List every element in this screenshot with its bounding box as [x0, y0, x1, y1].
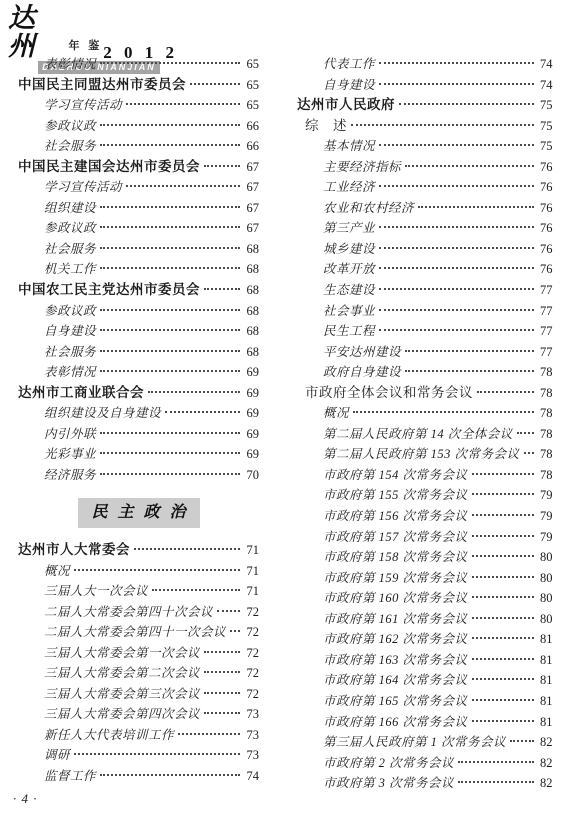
folio-page-number: · 4 · — [13, 791, 38, 807]
toc-entry-label: 三届人大一次会议 — [44, 581, 148, 602]
toc-entry-label: 光彩事业 — [44, 444, 96, 465]
toc-entry-label: 自身建设 — [323, 75, 375, 96]
toc-entry-page: 79 — [537, 506, 553, 527]
toc-entry-label: 学习宣传活动 — [44, 95, 122, 116]
toc-entry: 三届人大常委会第二次会议72 — [18, 663, 259, 684]
toc-entry-page: 76 — [537, 218, 553, 239]
toc-entry-label: 市政府第 154 次常务会议 — [323, 465, 468, 486]
dot-leader — [472, 514, 534, 516]
toc-entry: 市政府第 2 次常务会议82 — [297, 753, 553, 774]
toc-entry-label: 市政府第 156 次常务会议 — [323, 506, 468, 527]
dot-leader — [472, 555, 534, 557]
dot-leader — [100, 473, 240, 475]
toc-entry-page: 76 — [537, 177, 553, 198]
toc-entry: 农业和农村经济76 — [297, 198, 553, 219]
toc-entry: 三届人大常委会第一次会议72 — [18, 643, 259, 664]
part-heading: 民主政治 — [78, 498, 200, 528]
toc-entry-label: 概况 — [323, 403, 349, 424]
toc-entry: 政府自身建设78 — [297, 362, 553, 383]
dot-leader — [405, 350, 534, 352]
toc-entry-label: 市政府第 160 次常务会议 — [323, 588, 468, 609]
toc-entry: 市政府第 158 次常务会议80 — [297, 547, 553, 568]
toc-entry-label: 参政议政 — [44, 301, 96, 322]
toc-entry: 中国农工民主党达州市委员会68 — [18, 280, 259, 301]
toc-entry-page: 66 — [243, 136, 259, 157]
toc-entry-label: 监督工作 — [44, 766, 96, 787]
toc-entry-page: 80 — [537, 568, 553, 589]
dot-leader — [190, 83, 240, 85]
dot-leader — [165, 411, 240, 413]
toc-entry-label: 第二届人民政府第 153 次常务会议 — [323, 444, 520, 465]
toc-entry: 二届人大常委会第四十一次会议72 — [18, 622, 259, 643]
toc-entry-page: 68 — [243, 301, 259, 322]
toc-entry-label: 市政府第 3 次常务会议 — [323, 773, 454, 794]
toc-entry-page: 81 — [537, 629, 553, 650]
toc-entry-page: 75 — [537, 116, 553, 137]
toc-entry-label: 工业经济 — [323, 177, 375, 198]
dot-leader — [100, 452, 240, 454]
toc-entry-page: 81 — [537, 650, 553, 671]
toc-entry: 达州市工商业联合会69 — [18, 383, 259, 404]
toc-entry-label: 综 述 — [305, 116, 347, 137]
dot-leader — [100, 774, 240, 776]
toc-entry-label: 第二届人民政府第 14 次全体会议 — [323, 424, 513, 445]
toc-entry-page: 80 — [537, 547, 553, 568]
toc-entry: 监督工作74 — [18, 766, 259, 787]
toc-entry-page: 78 — [537, 444, 553, 465]
dot-leader — [379, 144, 534, 146]
toc-entry-page: 65 — [243, 95, 259, 116]
toc-entry-label: 中国民主建国会达州市委员会 — [18, 157, 200, 178]
toc-entry-page: 74 — [243, 766, 259, 787]
toc-entry: 代表工作74 — [297, 54, 553, 75]
dot-leader — [353, 411, 534, 413]
toc-entry: 第三届人民政府第 1 次常务会议82 — [297, 732, 553, 753]
toc-entry-page: 72 — [243, 663, 259, 684]
dot-leader — [178, 733, 240, 735]
toc-entry-label: 市政府第 163 次常务会议 — [323, 650, 468, 671]
toc-entry: 新任人大代表培训工作73 — [18, 725, 259, 746]
toc-entry-page: 71 — [243, 540, 259, 561]
toc-entry: 三届人大一次会议71 — [18, 581, 259, 602]
toc-columns: 表彰情况65中国民主同盟达州市委员会65学习宣传活动65参政议政66社会服务66… — [18, 54, 540, 794]
dot-leader — [472, 493, 534, 495]
toc-entry-page: 81 — [537, 691, 553, 712]
toc-entry-label: 中国农工民主党达州市委员会 — [18, 280, 200, 301]
toc-entry-page: 72 — [243, 643, 259, 664]
toc-entry-page: 76 — [537, 259, 553, 280]
toc-entry-page: 69 — [243, 424, 259, 445]
toc-entry-label: 三届人大常委会第二次会议 — [44, 663, 200, 684]
dot-leader — [134, 548, 240, 550]
dot-leader — [100, 144, 240, 146]
toc-entry-page: 71 — [243, 561, 259, 582]
toc-entry-page: 74 — [537, 54, 553, 75]
toc-entry-page: 73 — [243, 745, 259, 766]
toc-entry-page: 75 — [537, 136, 553, 157]
toc-entry-label: 市政府第 2 次常务会议 — [323, 753, 454, 774]
dot-leader — [379, 267, 534, 269]
dot-leader — [100, 432, 240, 434]
toc-entry: 市政府第 162 次常务会议81 — [297, 629, 553, 650]
dot-leader — [472, 637, 534, 639]
toc-entry-label: 生态建设 — [323, 280, 375, 301]
toc-entry: 社会服务68 — [18, 342, 259, 363]
toc-entry-label: 市政府第 161 次常务会议 — [323, 609, 468, 630]
toc-entry-label: 参政议政 — [44, 116, 96, 137]
dot-leader — [126, 185, 240, 187]
dot-leader — [379, 329, 534, 331]
toc-entry-label: 概况 — [44, 561, 70, 582]
dot-leader — [148, 391, 240, 393]
toc-entry: 市政府第 154 次常务会议78 — [297, 465, 553, 486]
toc-entry-page: 67 — [243, 198, 259, 219]
toc-entry-page: 82 — [537, 773, 553, 794]
toc-entry: 概况78 — [297, 403, 553, 424]
toc-entry: 市政府第 156 次常务会议79 — [297, 506, 553, 527]
toc-entry: 城乡建设76 — [297, 239, 553, 260]
toc-entry-label: 三届人大常委会第三次会议 — [44, 684, 200, 705]
toc-entry: 市政府第 166 次常务会议81 — [297, 712, 553, 733]
toc-entry: 工业经济76 — [297, 177, 553, 198]
dot-leader — [204, 165, 240, 167]
toc-entry-label: 表彰情况 — [44, 362, 96, 383]
toc-entry-label: 基本情况 — [323, 136, 375, 157]
toc-entry: 市政府第 160 次常务会议80 — [297, 588, 553, 609]
toc-entry: 参政议政66 — [18, 116, 259, 137]
toc-entry: 参政议政67 — [18, 218, 259, 239]
toc-entry: 生态建设77 — [297, 280, 553, 301]
toc-entry-page: 65 — [243, 54, 259, 75]
toc-entry: 光彩事业69 — [18, 444, 259, 465]
toc-entry: 平安达州建设77 — [297, 342, 553, 363]
toc-entry: 表彰情况65 — [18, 54, 259, 75]
toc-entry-page: 72 — [243, 622, 259, 643]
dot-leader — [379, 62, 534, 64]
toc-entry: 社会服务68 — [18, 239, 259, 260]
toc-entry-label: 自身建设 — [44, 321, 96, 342]
toc-entry: 机关工作68 — [18, 259, 259, 280]
dot-leader — [472, 720, 534, 722]
toc-entry-label: 三届人大常委会第四次会议 — [44, 704, 200, 725]
toc-entry-page: 82 — [537, 732, 553, 753]
dot-leader — [472, 699, 534, 701]
toc-entry: 概况71 — [18, 561, 259, 582]
dot-leader — [74, 753, 240, 755]
dot-leader — [100, 62, 240, 64]
toc-entry-label: 调研 — [44, 745, 70, 766]
toc-entry: 中国民主建国会达州市委员会67 — [18, 157, 259, 178]
toc-entry-label: 主要经济指标 — [323, 157, 401, 178]
toc-entry-page: 68 — [243, 280, 259, 301]
dot-leader — [126, 103, 240, 105]
toc-entry-label: 表彰情况 — [44, 54, 96, 75]
toc-entry-label: 市政府第 159 次常务会议 — [323, 568, 468, 589]
toc-entry-page: 77 — [537, 280, 553, 301]
dot-leader — [399, 103, 534, 105]
toc-entry-page: 73 — [243, 725, 259, 746]
dot-leader — [230, 630, 240, 632]
toc-entry-page: 69 — [243, 444, 259, 465]
toc-entry-page: 81 — [537, 670, 553, 691]
dot-leader — [524, 452, 534, 454]
toc-entry-page: 78 — [537, 383, 553, 404]
toc-entry-label: 市政府第 164 次常务会议 — [323, 670, 468, 691]
toc-entry-page: 79 — [537, 485, 553, 506]
toc-entry-page: 68 — [243, 239, 259, 260]
dot-leader — [405, 370, 534, 372]
dot-leader — [204, 712, 240, 714]
dot-leader — [379, 288, 534, 290]
toc-entry-page: 75 — [537, 95, 553, 116]
toc-entry: 市政府全体会议和常务会议78 — [297, 383, 553, 404]
toc-entry-page: 69 — [243, 362, 259, 383]
toc-entry: 市政府第 164 次常务会议81 — [297, 670, 553, 691]
toc-entry-page: 82 — [537, 753, 553, 774]
dot-leader — [472, 658, 534, 660]
toc-entry-page: 67 — [243, 218, 259, 239]
toc-entry-label: 改革开放 — [323, 259, 375, 280]
toc-entry: 学习宣传活动65 — [18, 95, 259, 116]
toc-entry: 综 述75 — [297, 116, 553, 137]
toc-entry: 第三产业76 — [297, 218, 553, 239]
toc-entry: 达州市人大常委会71 — [18, 540, 259, 561]
toc-entry: 达州市人民政府75 — [297, 95, 553, 116]
toc-entry-label: 第三届人民政府第 1 次常务会议 — [323, 732, 506, 753]
dot-leader — [379, 247, 534, 249]
toc-entry: 组织建设及自身建设69 — [18, 403, 259, 424]
toc-entry-label: 二届人大常委会第四十次会议 — [44, 602, 213, 623]
part-heading-wrap: 民主政治 — [18, 485, 259, 540]
toc-entry-label: 社会服务 — [44, 239, 96, 260]
toc-entry-label: 机关工作 — [44, 259, 96, 280]
toc-entry-page: 69 — [243, 403, 259, 424]
toc-entry-page: 79 — [537, 527, 553, 548]
dot-leader — [100, 309, 240, 311]
toc-entry-label: 市政府第 157 次常务会议 — [323, 527, 468, 548]
toc-entry-page: 77 — [537, 321, 553, 342]
dot-leader — [517, 432, 534, 434]
toc-entry: 调研73 — [18, 745, 259, 766]
toc-entry: 市政府第 157 次常务会议79 — [297, 527, 553, 548]
dot-leader — [204, 651, 240, 653]
dot-leader — [458, 781, 534, 783]
toc-entry-label: 二届人大常委会第四十一次会议 — [44, 622, 226, 643]
dot-leader — [100, 370, 240, 372]
dot-leader — [472, 617, 534, 619]
toc-entry-page: 67 — [243, 157, 259, 178]
toc-entry-label: 内引外联 — [44, 424, 96, 445]
dot-leader — [405, 165, 534, 167]
toc-entry: 社会事业77 — [297, 301, 553, 322]
dot-leader — [472, 678, 534, 680]
toc-entry-label: 达州市人大常委会 — [18, 540, 130, 561]
toc-entry: 自身建设68 — [18, 321, 259, 342]
toc-entry-page: 71 — [243, 581, 259, 602]
toc-entry-label: 组织建设及自身建设 — [44, 403, 161, 424]
dot-leader — [379, 309, 534, 311]
toc-entry: 经济服务70 — [18, 465, 259, 486]
toc-entry-page: 74 — [537, 75, 553, 96]
toc-entry: 第二届人民政府第 14 次全体会议78 — [297, 424, 553, 445]
dot-leader — [100, 350, 240, 352]
dot-leader — [472, 535, 534, 537]
toc-entry-page: 67 — [243, 177, 259, 198]
dot-leader — [100, 247, 240, 249]
toc-entry-page: 66 — [243, 116, 259, 137]
toc-entry: 市政府第 165 次常务会议81 — [297, 691, 553, 712]
logo-hanzi: 达州 — [8, 4, 64, 60]
toc-entry: 社会服务66 — [18, 136, 259, 157]
toc-entry-label: 第三产业 — [323, 218, 375, 239]
toc-entry: 民生工程77 — [297, 321, 553, 342]
toc-entry-label: 市政府第 166 次常务会议 — [323, 712, 468, 733]
toc-entry-label: 市政府第 165 次常务会议 — [323, 691, 468, 712]
toc-entry-label: 达州市人民政府 — [297, 95, 395, 116]
toc-entry-page: 78 — [537, 362, 553, 383]
dot-leader — [379, 226, 534, 228]
toc-entry: 市政府第 161 次常务会议80 — [297, 609, 553, 630]
dot-leader — [351, 124, 534, 126]
toc-entry-label: 社会事业 — [323, 301, 375, 322]
toc-entry-label: 代表工作 — [323, 54, 375, 75]
toc-entry-label: 参政议政 — [44, 218, 96, 239]
toc-entry-page: 73 — [243, 704, 259, 725]
toc-entry-label: 政府自身建设 — [323, 362, 401, 383]
toc-entry-label: 达州市工商业联合会 — [18, 383, 144, 404]
toc-entry-label: 农业和农村经济 — [323, 198, 414, 219]
toc-entry-label: 市政府第 155 次常务会议 — [323, 485, 468, 506]
toc-entry-page: 78 — [537, 465, 553, 486]
toc-entry-label: 学习宣传活动 — [44, 177, 122, 198]
toc-entry-label: 中国民主同盟达州市委员会 — [18, 75, 186, 96]
dot-leader — [204, 288, 240, 290]
toc-entry-page: 68 — [243, 259, 259, 280]
toc-entry: 三届人大常委会第四次会议73 — [18, 704, 259, 725]
dot-leader — [100, 267, 240, 269]
toc-entry: 组织建设67 — [18, 198, 259, 219]
toc-entry: 学习宣传活动67 — [18, 177, 259, 198]
toc-entry-page: 76 — [537, 239, 553, 260]
dot-leader — [418, 206, 534, 208]
toc-entry: 参政议政68 — [18, 301, 259, 322]
toc-entry-page: 77 — [537, 342, 553, 363]
toc-entry-label: 社会服务 — [44, 136, 96, 157]
toc-entry: 自身建设74 — [297, 75, 553, 96]
toc-entry-label: 市政府全体会议和常务会议 — [305, 383, 473, 404]
toc-entry-page: 77 — [537, 301, 553, 322]
toc-entry-label: 市政府第 162 次常务会议 — [323, 629, 468, 650]
toc-entry: 市政府第 159 次常务会议80 — [297, 568, 553, 589]
toc-entry-page: 78 — [537, 424, 553, 445]
toc-entry: 二届人大常委会第四十次会议72 — [18, 602, 259, 623]
toc-entry-page: 78 — [537, 403, 553, 424]
toc-entry: 市政府第 163 次常务会议81 — [297, 650, 553, 671]
toc-entry: 市政府第 155 次常务会议79 — [297, 485, 553, 506]
yearbook-toc-page: 达州 年 鉴 2 0 1 2 DAZHOU NIANJIAN 表彰情况65中国民… — [0, 0, 562, 813]
toc-entry-label: 经济服务 — [44, 465, 96, 486]
toc-entry: 市政府第 3 次常务会议82 — [297, 773, 553, 794]
toc-entry-label: 城乡建设 — [323, 239, 375, 260]
toc-entry-page: 76 — [537, 198, 553, 219]
toc-entry-page: 70 — [243, 465, 259, 486]
dot-leader — [472, 596, 534, 598]
toc-entry-page: 68 — [243, 342, 259, 363]
toc-entry-page: 65 — [243, 75, 259, 96]
dot-leader — [204, 692, 240, 694]
logo-line: 达州 年 鉴 2 0 1 2 — [8, 4, 178, 60]
dot-leader — [74, 569, 240, 571]
toc-entry-page: 80 — [537, 588, 553, 609]
toc-entry-page: 72 — [243, 602, 259, 623]
dot-leader — [152, 589, 240, 591]
toc-entry-label: 新任人大代表培训工作 — [44, 725, 174, 746]
toc-entry-page: 72 — [243, 684, 259, 705]
dot-leader — [379, 185, 534, 187]
toc-entry: 基本情况75 — [297, 136, 553, 157]
toc-entry: 三届人大常委会第三次会议72 — [18, 684, 259, 705]
dot-leader — [100, 329, 240, 331]
dot-leader — [217, 610, 240, 612]
dot-leader — [204, 671, 240, 673]
dot-leader — [100, 206, 240, 208]
toc-column-right: 代表工作74自身建设74达州市人民政府75综 述75基本情况75主要经济指标76… — [297, 54, 553, 794]
dot-leader — [100, 124, 240, 126]
dot-leader — [472, 473, 534, 475]
toc-entry-label: 组织建设 — [44, 198, 96, 219]
toc-entry: 主要经济指标76 — [297, 157, 553, 178]
toc-entry-label: 三届人大常委会第一次会议 — [44, 643, 200, 664]
dot-leader — [458, 761, 534, 763]
dot-leader — [379, 83, 534, 85]
toc-entry: 内引外联69 — [18, 424, 259, 445]
dot-leader — [510, 740, 534, 742]
toc-entry: 中国民主同盟达州市委员会65 — [18, 75, 259, 96]
toc-entry-label: 市政府第 158 次常务会议 — [323, 547, 468, 568]
toc-column-left: 表彰情况65中国民主同盟达州市委员会65学习宣传活动65参政议政66社会服务66… — [18, 54, 259, 794]
toc-entry-label: 平安达州建设 — [323, 342, 401, 363]
toc-entry: 第二届人民政府第 153 次常务会议78 — [297, 444, 553, 465]
toc-entry: 改革开放76 — [297, 259, 553, 280]
logo-suffix: 年 鉴 — [69, 37, 103, 53]
toc-entry-label: 社会服务 — [44, 342, 96, 363]
toc-entry-page: 80 — [537, 609, 553, 630]
dot-leader — [472, 576, 534, 578]
dot-leader — [477, 391, 534, 393]
toc-entry-page: 76 — [537, 157, 553, 178]
dot-leader — [100, 226, 240, 228]
toc-entry-label: 民生工程 — [323, 321, 375, 342]
toc-entry-page: 68 — [243, 321, 259, 342]
toc-entry: 表彰情况69 — [18, 362, 259, 383]
toc-entry-page: 69 — [243, 383, 259, 404]
toc-entry-page: 81 — [537, 712, 553, 733]
